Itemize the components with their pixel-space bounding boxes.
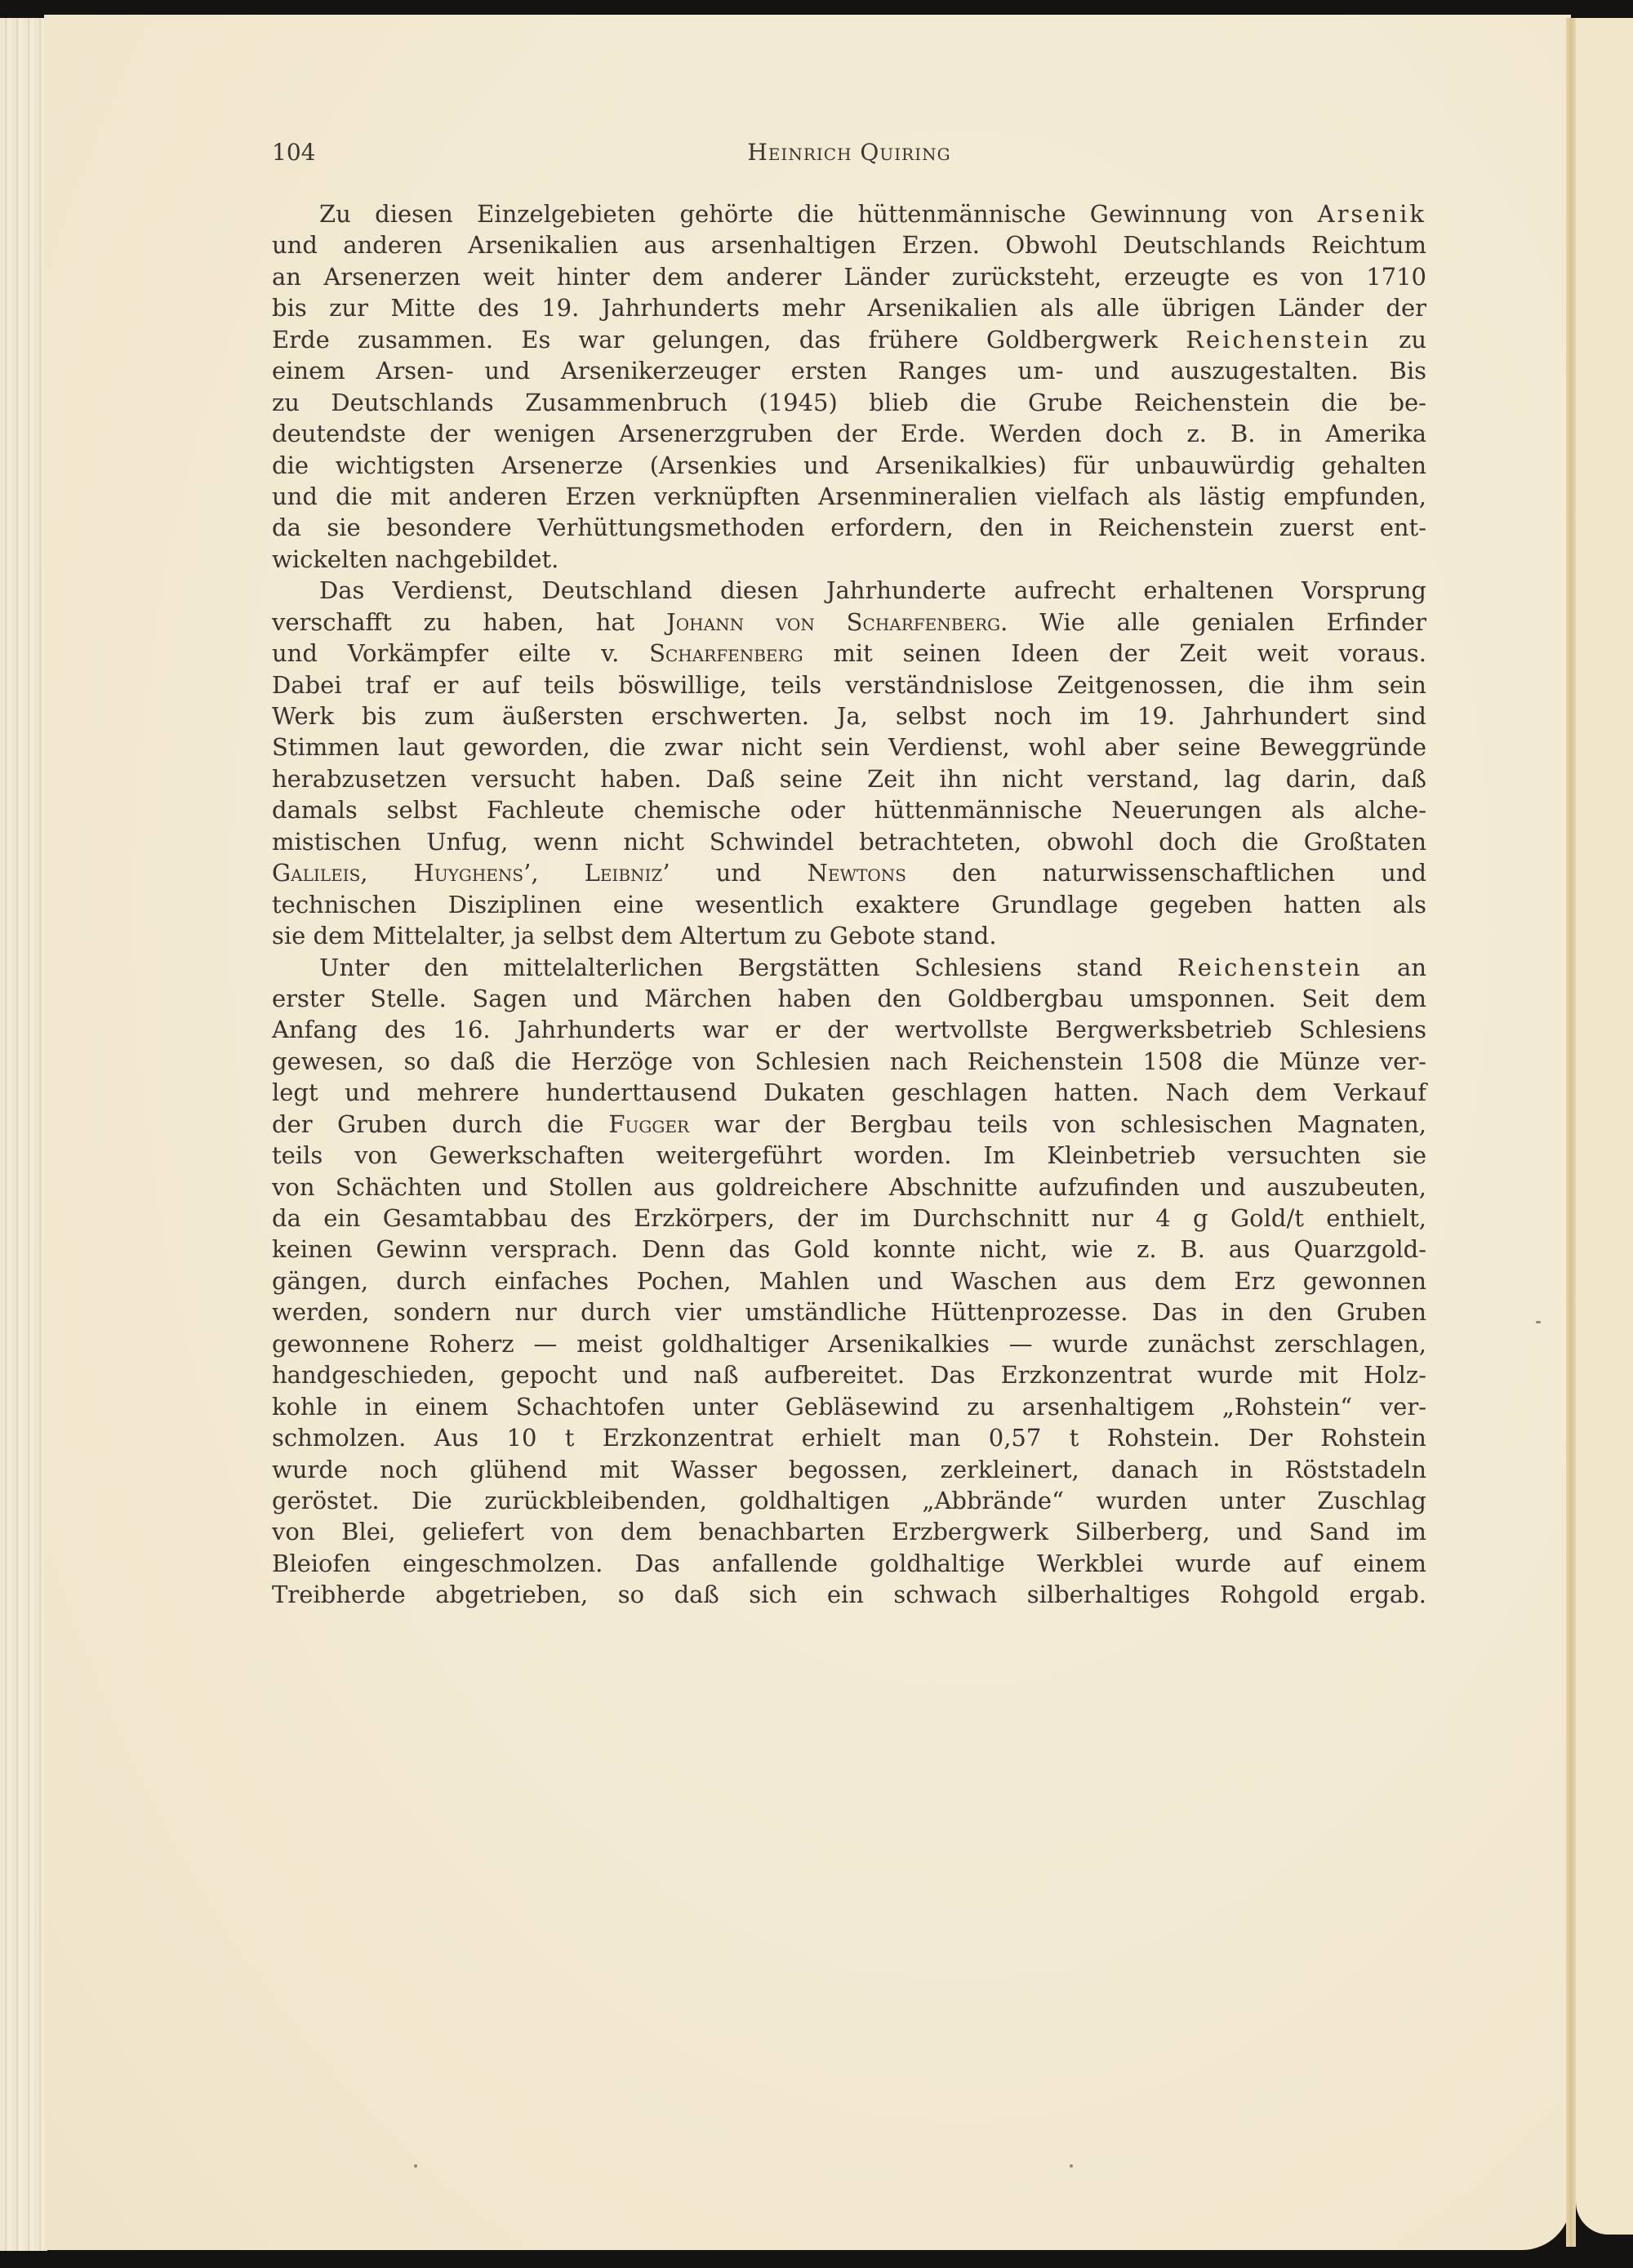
text-line: gewonnene Roherz — meist goldhaltiger Ar… [272, 1328, 1426, 1359]
text-line: Stimmen laut geworden, die zwar nicht se… [272, 732, 1426, 763]
text-line: herabzusetzen versucht haben. Daß seine … [272, 763, 1426, 794]
text-line: und Vorkämpfer eilte v. Scharfenberg mit… [272, 638, 1426, 669]
paper-speck [414, 2164, 417, 2168]
emphasis-spaced: Reichenstein [1177, 954, 1363, 981]
text-line: kohle in einem Schachtofen unter Gebläse… [272, 1391, 1426, 1422]
text-line: mistischen Unfug, wenn nicht Schwindel b… [272, 826, 1426, 857]
text-line: wurde noch glühend mit Wasser begossen, … [272, 1454, 1426, 1485]
text-line: technischen Disziplinen eine wesentlich … [272, 889, 1426, 920]
text-line: einem Arsen- und Arsenikerzeuger ersten … [272, 355, 1426, 386]
text-line: geröstet. Die zurückbleibenden, goldhalt… [272, 1485, 1426, 1516]
paragraph: Zu diesen Einzelgebieten gehörte die hüt… [272, 198, 1426, 575]
person-name: Newtons [808, 859, 906, 887]
text-line: Galileis, Huyghens’, Leibniz’ und Newton… [272, 857, 1426, 888]
text-line: Unter den mittelalterlichen Bergstätten … [272, 952, 1426, 983]
emphasis-spaced: Reichenstein [1186, 326, 1371, 354]
text-line: Dabei traf er auf teils böswillige, teil… [272, 669, 1426, 700]
emphasis-spaced: Arsenik [1318, 200, 1426, 228]
text-line: damals selbst Fachleute chemische oder h… [272, 794, 1426, 825]
paper-speck [1070, 2164, 1073, 2168]
text-line: wickelten nachgebildet. [272, 544, 1426, 575]
text-line: deutendste der wenigen Arsenerzgruben de… [272, 418, 1426, 449]
text-line: Werk bis zum äußersten erschwerten. Ja, … [272, 700, 1426, 732]
text-line: legt und mehrere hunderttausend Dukaten … [272, 1077, 1426, 1108]
text-line: der Gruben durch die Fugger war der Berg… [272, 1109, 1426, 1140]
book-gutter [1566, 18, 1576, 2247]
text-line: handgeschieden, gepocht und naß aufberei… [272, 1359, 1426, 1390]
text-line: und die mit anderen Erzen verknüpften Ar… [272, 481, 1426, 512]
text-line: die wichtigsten Arsenerze (Arsenkies und… [272, 450, 1426, 481]
person-name: Huyghens’ [414, 859, 532, 887]
text-line: bis zur Mitte des 19. Jahrhunderts mehr … [272, 292, 1426, 323]
body-text: Zu diesen Einzelgebieten gehörte die hüt… [272, 198, 1426, 1611]
person-name: Scharfenberg [649, 639, 803, 667]
text-line: Das Verdienst, Deutschland diesen Jahrhu… [272, 575, 1426, 606]
person-name: Galileis [272, 859, 360, 887]
text-line: keinen Gewinn versprach. Denn das Gold k… [272, 1234, 1426, 1265]
text-line: von Blei, geliefert von dem benachbarten… [272, 1516, 1426, 1547]
paragraph: Unter den mittelalterlichen Bergstätten … [272, 952, 1426, 1611]
paragraph: Das Verdienst, Deutschland diesen Jahrhu… [272, 575, 1426, 951]
person-name: Fugger [608, 1110, 689, 1138]
text-line: Erde zusammen. Es war gelungen, das früh… [272, 324, 1426, 355]
text-line: Treibherde abgetrieben, so daß sich ein … [272, 1579, 1426, 1610]
text-line: da sie besondere Verhüttungsmethoden erf… [272, 512, 1426, 543]
text-line: erster Stelle. Sagen und Märchen haben d… [272, 983, 1426, 1014]
text-line: verschafft zu haben, hat Johann von Scha… [272, 607, 1426, 638]
text-line: an Arsenerzen weit hinter dem anderer Lä… [272, 261, 1426, 292]
next-page-edge [1576, 18, 1633, 2235]
text-line: teils von Gewerkschaften weitergeführt w… [272, 1140, 1426, 1171]
book-page-stack-edge [0, 18, 47, 2251]
paper-speck [1536, 1321, 1541, 1323]
text-line: gewesen, so daß die Herzöge von Schlesie… [272, 1046, 1426, 1077]
text-line: zu Deutschlands Zusammenbruch (1945) bli… [272, 387, 1426, 418]
text-line: sie dem Mittelalter, ja selbst dem Alter… [272, 920, 1426, 951]
text-line: da ein Gesamtabbau des Erzkörpers, der i… [272, 1203, 1426, 1234]
text-line: schmolzen. Aus 10 t Erzkonzentrat erhiel… [272, 1422, 1426, 1453]
text-line: und anderen Arsenikalien aus arsenhaltig… [272, 229, 1426, 260]
text-line: Anfang des 16. Jahrhunderts war er der w… [272, 1014, 1426, 1045]
running-head: 104 Heinrich Quiring [272, 139, 1426, 171]
text-line: von Schächten und Stollen aus goldreiche… [272, 1172, 1426, 1203]
person-name: Johann von Scharfenberg [666, 608, 1000, 636]
person-name: Leibniz’ [585, 859, 670, 887]
running-head-author: Heinrich Quiring [272, 139, 1426, 166]
text-line: Zu diesen Einzelgebieten gehörte die hüt… [272, 198, 1426, 229]
text-line: Bleiofen eingeschmolzen. Das anfallende … [272, 1548, 1426, 1579]
text-line: gängen, durch einfaches Pochen, Mahlen u… [272, 1265, 1426, 1296]
text-line: werden, sondern nur durch vier umständli… [272, 1296, 1426, 1327]
